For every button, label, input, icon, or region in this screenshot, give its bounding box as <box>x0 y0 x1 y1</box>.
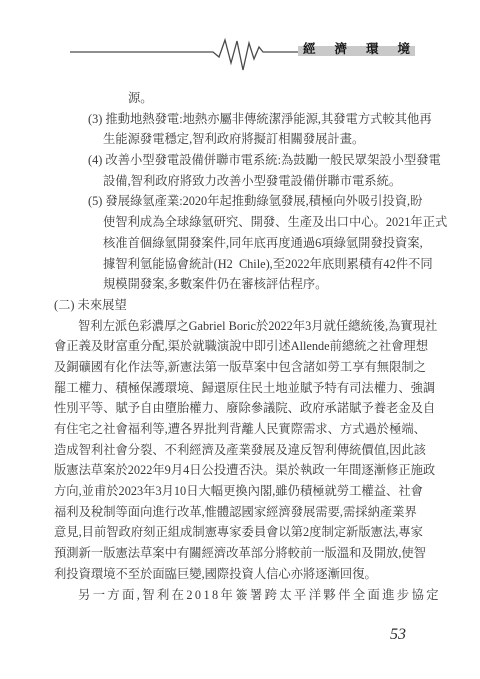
text-line: 生能源發電穩定,智利政府將擬訂相關發展計畫。 <box>54 129 454 150</box>
text-line: 版憲法草案於2022年9月4日公投遭否決。渠於執政一年間逐漸修正施政 <box>54 460 454 481</box>
header-title-char: 環 <box>366 39 379 57</box>
text-line: 方向,並甫於2023年3月10日大幅更換內閣,雖仍積極就勞工權益、社會 <box>54 481 454 502</box>
document-body: 源。(3) 推動地熱發電:地熱亦屬非傳統潔淨能源,其發電方式較其他再生能源發電穩… <box>54 88 454 605</box>
text-line: 及銅礦國有化作法等,新憲法第一版草案中包含諸如勞工享有無限制之 <box>54 357 454 378</box>
text-line: 罷工權力、積極保護環境、歸還原住民土地並賦予特有司法權力、強調 <box>54 378 454 399</box>
page-number: 53 <box>390 626 406 644</box>
text-line: 利投資環境不至於面臨巨變,國際投資人信心亦將逐漸回復。 <box>54 564 454 585</box>
header-title-char: 經 <box>303 39 316 57</box>
text-line: 另一方面,智利在2018年簽署跨太平洋夥伴全面進步協定 <box>54 585 454 606</box>
text-line: (4) 改善小型發電設備併聯市電系統:為鼓勵一般民眾架設小型發電 <box>54 150 454 171</box>
text-line: 性別平等、賦予自由墮胎權力、廢除參議院、政府承諾賦予養老金及自 <box>54 398 454 419</box>
text-line: (3) 推動地熱發電:地熱亦屬非傳統潔淨能源,其發電方式較其他再 <box>54 109 454 130</box>
text-line: 智利左派色彩濃厚之Gabriel Boric於2022年3月就任總統後,為實現社 <box>54 316 454 337</box>
text-line: 意見,目前智政府刻正組成制憲專家委員會以第2度制定新版憲法,專家 <box>54 522 454 543</box>
text-line: 據智利氫能協會統計(H2 Chile),至2022年底則累積有42件不同 <box>54 254 454 275</box>
text-line: 規模開發案,多數案件仍在審核評估程序。 <box>54 274 454 295</box>
text-line: 源。 <box>54 88 454 109</box>
header-title-char: 境 <box>397 39 410 57</box>
text-line: 福利及稅制等面向進行改革,惟體認國家經濟發展需要,需採納產業界 <box>54 502 454 523</box>
text-line: 造成智利社會分裂、不利經濟及產業發展及違反智利傳統價值,因此該 <box>54 440 454 461</box>
header-title-char: 濟 <box>334 39 347 57</box>
document-page: 經 濟 環 境 源。(3) 推動地熱發電:地熱亦屬非傳統潔淨能源,其發電方式較其… <box>0 0 480 679</box>
text-line: 有住宅之社會福利等,遭各界批判背離人民實際需求、方式過於極端、 <box>54 419 454 440</box>
text-line: 使智利成為全球綠氫研究、開發、生產及出口中心。2021年正式 <box>54 212 454 233</box>
text-line: 會正義及財富重分配,渠於就職演說中即引述Allende前總統之社會理想 <box>54 336 454 357</box>
text-line: 預測新一版憲法草案中有關經濟改革部分將較前一版溫和及開放,使智 <box>54 543 454 564</box>
text-line: (二) 未來展望 <box>54 295 454 316</box>
text-line: 核准首個綠氫開發案件,同年底再度通過6項綠氫開發投資案, <box>54 233 454 254</box>
page-header-title: 經 濟 環 境 <box>298 40 415 56</box>
text-line: 設備,智利政府將致力改善小型發電設備併聯市電系統。 <box>54 171 454 192</box>
text-line: (5) 發展綠氫產業:2020年起推動綠氫發展,積極向外吸引投資,盼 <box>54 191 454 212</box>
